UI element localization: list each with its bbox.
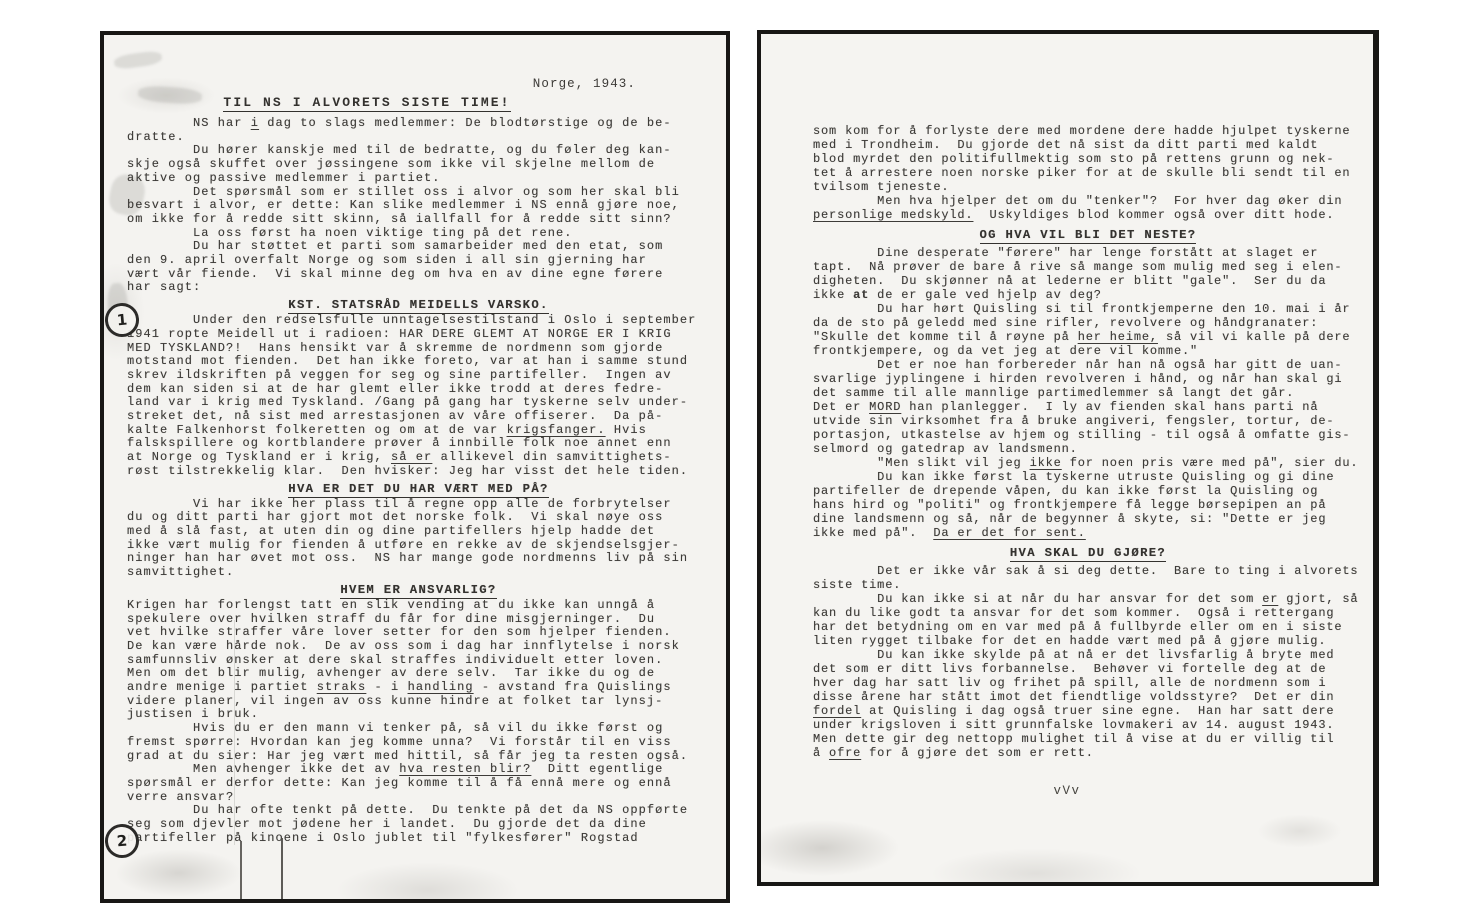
body-line: hver dag har satt liv og frihet på spill… [813,676,1363,690]
body-line: Det er MORD han planlegger. I ly av fien… [813,400,1363,414]
body-line: Dine desperate "førere" har lenge forstå… [813,246,1363,260]
body-line: selmord og gatedrap av landsmenn. [813,442,1363,456]
body-line: seg som djevler mot jødene her i landet.… [127,818,710,832]
body-line: liten rygget tilbake for det en hadde væ… [813,634,1363,648]
body-line: besvart i alvor, er dette: Kan slike med… [127,199,710,213]
body-line: tapt. Nå prøver de bare å rive så mange … [813,260,1363,274]
body-line: Vi har ikke her plass til å regne opp al… [127,498,710,512]
body-line: med å slå fast, at uten din og dine part… [127,525,710,539]
body-line: den 9. april overfalt Norge og som siden… [127,254,710,268]
end-mark: vVv [761,784,1373,798]
pencil-smudge [113,50,162,71]
body-line: portasjon, utkastelse av hjem og stillin… [813,428,1363,442]
body-line: vet hvilke straffer våre lover setter fo… [127,626,710,640]
body-line: Men om det blir mulig, avhenger av dere … [127,667,710,681]
body-line: Hvis du er den mann vi tenker på, så vil… [127,722,710,736]
body-line: tvilsom tjeneste. [813,180,1363,194]
body-line: vært vår fiende. Vi skal minne deg om hv… [127,268,710,282]
page-1-text-column: NS har i dag to slags medlemmer: De blod… [104,117,726,845]
paragraph: NS har i dag to slags medlemmer: De blod… [127,117,710,295]
body-line: De kan være hårde nok. De av oss som i d… [127,640,710,654]
body-line: har det betydning om en var med på å ful… [813,620,1363,634]
body-line: personlige medskyld. Uskyldiges blod kom… [813,208,1363,222]
body-line: "Skulle det komme til å røyne på her hei… [813,330,1363,344]
body-line: hans hird og "politi" og frontkjempere f… [813,498,1363,512]
body-line: videre planer, vil ingen av oss kunne hi… [127,695,710,709]
body-line: Men hva hjelper det om du "tenker"? For … [813,194,1363,208]
body-line: motstand mot fienden. Det han ikke foret… [127,355,710,369]
body-line: ninger han har øvet mot oss. NS har mang… [127,552,710,566]
crease-mark [281,838,283,903]
body-line: partifeller på kinoene i Oslo jublet til… [127,832,710,846]
body-line: Krigen har forlengst tatt en slik vendin… [127,599,710,613]
body-line: dratte. [127,131,710,145]
body-line: Under den redselsfulle unntagelsestilsta… [127,314,710,328]
body-line: blod myrdet den politifullmektig som sto… [813,152,1363,166]
body-line: under krigsloven i sitt grunnfalske lovm… [813,718,1363,732]
paragraph: Vi har ikke her plass til å regne opp al… [127,498,710,580]
body-line: partifeller de drepende våpen, du kan ik… [813,484,1363,498]
body-line: samfunnsliv ønsker at dere skal straffes… [127,654,710,668]
body-line: Du har hørt Quisling si til frontkjemper… [813,302,1363,316]
body-line: det samme til alle mannlige partimedlemm… [813,386,1363,400]
body-line: Det er ikke vår sak å si deg dette. Bare… [813,564,1363,578]
body-line: dine landsmenn og så, når de begynner å … [813,512,1363,526]
body-line: da de sto på geledd med sine rifler, rev… [813,316,1363,330]
body-line: kan du like godt ta ansvar for det som k… [813,606,1363,620]
section-heading: KST. STATSRÅD MEIDELLS VARSKO. [127,298,710,312]
body-line: NS har i dag to slags medlemmer: De blod… [127,117,710,131]
body-line: streket det, nå sist med arrestasjonen a… [127,410,710,424]
body-line: røst tilstrekkelig klar. Den hvisker: Je… [127,465,710,479]
body-line: med i Trondheim. Du gjorde det nå sist d… [813,138,1363,152]
body-line: ikke at de er gale ved hjelp av deg? [813,288,1363,302]
body-line: Du kan ikke skylde på at nå er det livsf… [813,648,1363,662]
body-line: disse årene har stått imot det fiendtlig… [813,690,1363,704]
section-heading: HVA SKAL DU GJØRE? [813,546,1363,560]
paragraph: Krigen har forlengst tatt en slik vendin… [127,599,710,846]
paragraph: Dine desperate "førere" har lenge forstå… [813,246,1363,540]
body-line: La oss først ha noen viktige ting på det… [127,227,710,241]
body-line: siste time. [813,578,1363,592]
paragraph: Under den redselsfulle unntagelsestilsta… [127,314,710,478]
page-right-scan: som kom for å forlyste dere med mordene … [757,30,1379,886]
body-line: du og ditt parti har gjort mot det norsk… [127,511,710,525]
body-line: Det er noe han forbereder når han nå ogs… [813,358,1363,372]
body-line: at Norge og Tyskland er i krig, så er al… [127,451,710,465]
body-line: Du har ofte tenkt på dette. Du tenkte på… [127,804,710,818]
body-line: spørsmål er derfor dette: Kan jeg komme … [127,777,710,791]
body-line: Du kan ikke først la tyskerne utruste Qu… [813,470,1363,484]
body-line: digheten. Du skjønner nå at lederne er b… [813,274,1363,288]
body-line: skje også skuffet over jøssingene som ik… [127,158,710,172]
section-heading: HVEM ER ANSVARLIG? [127,583,710,597]
body-line: frontkjempere, og da vet jeg at dere vil… [813,344,1363,358]
body-line: andre menige i partiet straks - i handli… [127,681,710,695]
crease-mark [240,841,242,903]
page-2-text-column: som kom for å forlyste dere med mordene … [761,34,1373,760]
body-line: aktive og passive medlemmer i partiet. [127,172,710,186]
paragraph: som kom for å forlyste dere med mordene … [813,124,1363,222]
body-line: Du har støttet et parti som samarbeider … [127,240,710,254]
body-line: utvide sin virksomhet fra å bruke angive… [813,414,1363,428]
body-line: 1941 ropte Meidell ut i radioen: HAR DER… [127,328,710,342]
body-line: samvittighet. [127,566,710,580]
body-line: Men dette gir deg nettopp mulighet til å… [813,732,1363,746]
body-line: som kom for å forlyste dere med mordene … [813,124,1363,138]
body-line: om ikke for å redde sitt skinn, så iallf… [127,213,710,227]
date-line: Norge, 1943. [533,77,636,91]
body-line: "Men slikt vil jeg ikke for noen pris væ… [813,456,1363,470]
body-line: ikke med på". Da er det for sent. [813,526,1363,540]
body-line: å ofre for å gjøre det som er rett. [813,746,1363,760]
section-heading: OG HVA VIL BLI DET NESTE? [813,228,1363,242]
document-title: TIL NS I ALVORETS SISTE TIME! [100,95,678,110]
body-line: tet å arrestere noen norske piker for at… [813,166,1363,180]
body-line: fordel at Quisling i dag også truer sine… [813,704,1363,718]
body-line: svarlige jyplingene i hirden revolveren … [813,372,1363,386]
body-line: skrev ildskriften på veggen for seg og s… [127,369,710,383]
paragraph: Det er ikke vår sak å si deg dette. Bare… [813,564,1363,760]
body-line: land var i krig med Tyskland. /Gang på g… [127,396,710,410]
body-line: Du kan ikke si at når du har ansvar for … [813,592,1363,606]
body-line: har sagt: [127,281,710,295]
body-line: fremst spørre: Hvordan kan jeg komme unn… [127,736,710,750]
crease-mark [234,620,235,845]
section-heading: HVA ER DET DU HAR VÆRT MED PÅ? [127,482,710,496]
page-left-scan: Norge, 1943. TIL NS I ALVORETS SISTE TIM… [100,31,730,903]
body-line: det som er ditt livs forbannelse. Behøve… [813,662,1363,676]
body-line: grad at du sier: Har jeg vært med hittil… [127,750,710,764]
body-line: MED TYSKLAND?! Hans hensikt var å skremm… [127,342,710,356]
body-line: Men avhenger ikke det av hva resten blir… [127,763,710,777]
scan-canvas: { "document": { "dateline": "Norge, 1943… [0,0,1484,914]
